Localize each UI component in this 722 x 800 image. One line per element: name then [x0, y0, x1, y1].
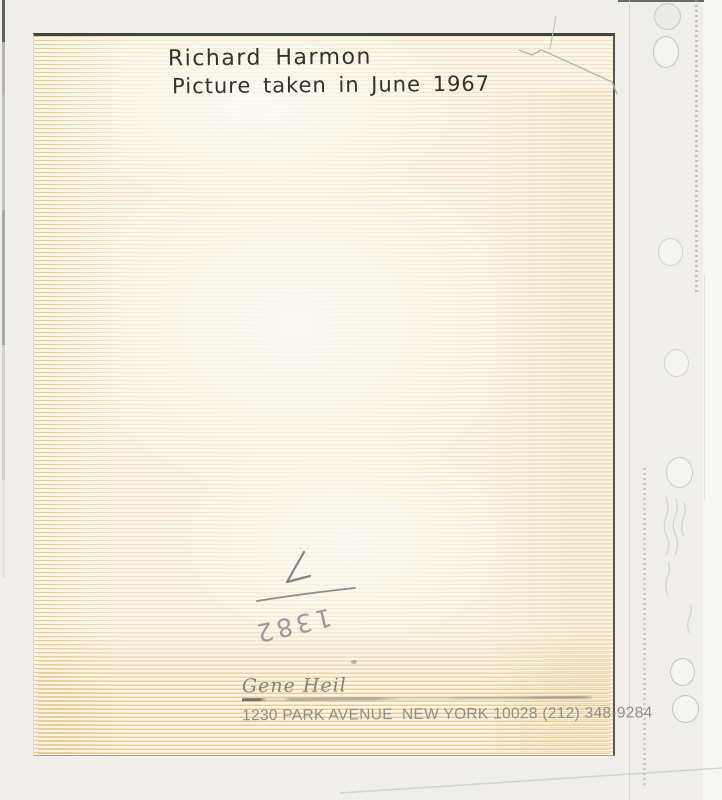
paper-white-wash [34, 36, 613, 755]
handwritten-note: Richard Harmon Picture taken in June 196… [168, 43, 490, 101]
binder-hole [658, 238, 683, 266]
binder-hole [666, 457, 693, 488]
sleeve-right-strip [703, 0, 722, 800]
paper-stripe-texture-right [483, 91, 613, 755]
sleeve-fold-line [340, 768, 722, 793]
photographer-stamp: Gene Heil 1230 PARK AVENUE NEW YORK 1002… [242, 673, 597, 725]
paper-stripe-texture-left [34, 36, 122, 755]
binder-hole [672, 695, 699, 723]
sleeve-weld-hatch-bottom [643, 468, 646, 788]
photo-back-paper [33, 33, 615, 756]
scanned-photo-back-page: Richard Harmon Picture taken in June 196… [0, 0, 722, 800]
photographer-name-script: Gene Heil [242, 673, 597, 697]
binder-hole [653, 36, 679, 68]
sleeve-top-edge-line [618, 0, 704, 2]
sleeve-edge-line [704, 275, 705, 500]
sleeve-seam-line [629, 0, 630, 800]
photographer-address: 1230 PARK AVENUE NEW YORK 10028 (212) 34… [242, 705, 597, 725]
handwritten-name: Richard Harmon [168, 43, 490, 74]
binder-hole [654, 3, 681, 30]
binder-hole [664, 349, 689, 377]
handwritten-caption: Picture taken in June 1967 [172, 71, 490, 101]
paper-stripe-texture [34, 36, 613, 755]
sleeve-emboss-marks [664, 497, 691, 633]
scan-left-scuff-line [2, 0, 5, 578]
binder-hole [670, 658, 695, 686]
sleeve-weld-hatch-top [695, 0, 698, 292]
